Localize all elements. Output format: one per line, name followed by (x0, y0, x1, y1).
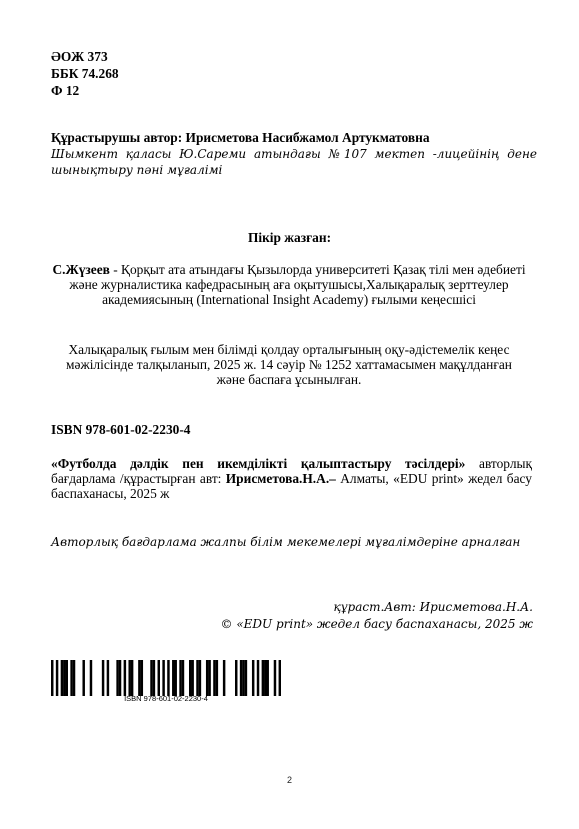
reviewer-heading: Пікір жазған: (0, 230, 579, 245)
approval-text: Халықаралық ғылым мен білімді қолдау орт… (51, 342, 527, 387)
udk-code: ƏОЖ 373 (51, 49, 119, 66)
imprint: құраст.Авт: Ирисметова.Н.А. © «EDU print… (221, 599, 534, 633)
author-title: Құрастырушы автор: Ирисметова Насибжамол… (51, 130, 541, 145)
imprint-copyright: © «EDU print» жедел басу баспаханасы, 20… (221, 616, 534, 633)
barcode-caption: ISBN 978-601-02-2230-4 (51, 694, 281, 703)
isbn-number: ISBN 978-601-02-2230-4 (51, 422, 190, 437)
author-affiliation-line2: шынықтыру пәні мұғалімі (51, 162, 537, 178)
reviewer-text: С.Жүзеев - Қорқыт ата атындағы Қызылорда… (51, 262, 527, 307)
book-title: «Футболда дәлдік пен икемділікті қалыпта… (51, 456, 465, 471)
bib-author: Ирисметова.Н.А.– (226, 471, 336, 486)
f-code: Ф 12 (51, 83, 119, 100)
isbn-barcode (51, 660, 281, 696)
document-page: ƏОЖ 373 ББК 74.268 Ф 12 Құрастырушы авто… (0, 0, 579, 829)
reviewer-description: - Қорқыт ата атындағы Қызылорда универси… (69, 262, 525, 307)
reviewer-name: С.Жүзеев (52, 262, 109, 277)
classification-codes: ƏОЖ 373 ББК 74.268 Ф 12 (51, 49, 119, 100)
imprint-compiler: құраст.Авт: Ирисметова.Н.А. (221, 599, 534, 616)
author-affiliation-line1: Шымкент қаласы Ю.Сареми атындағы №107 ме… (51, 146, 537, 162)
bbk-code: ББК 74.268 (51, 66, 119, 83)
bibliographic-record: «Футболда дәлдік пен икемділікті қалыпта… (51, 456, 532, 501)
purpose-note: Авторлық бағдарлама жалпы білім мекемеле… (51, 535, 520, 549)
author-affiliation: Шымкент қаласы Ю.Сареми атындағы №107 ме… (51, 146, 537, 178)
page-number: 2 (0, 775, 579, 785)
